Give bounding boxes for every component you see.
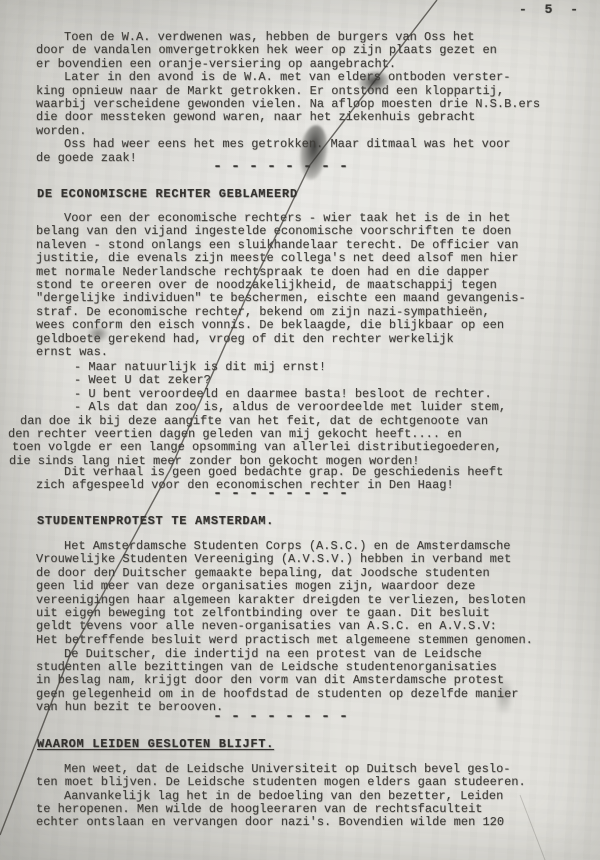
section-separator: -------- (213, 485, 357, 498)
text-line: justitie, die evenals zijn meeste colleg… (36, 252, 581, 265)
text-line: Oss had weer eens het mes getrokken. Maa… (36, 138, 581, 151)
text-line: - Weet U dat zeker? (36, 374, 581, 387)
dialogue-lines: - Maar natuurlijk is dit mij ernst!- Wee… (36, 361, 581, 468)
paragraph: Het Amsterdamsche Studenten Corps (A.S.C… (36, 540, 581, 647)
text-line: De Duitscher, die indertijd na een prote… (36, 648, 581, 661)
text-line: Vrouwelijke Studenten Vereeniging (A.V.S… (36, 553, 581, 566)
paragraph: De Duitscher, die indertijd na een prote… (36, 648, 581, 715)
text-line: Aanvankelijk lag het in de bedoeling van… (36, 790, 581, 803)
paragraph: Toen de W.A. verdwenen was, hebben de bu… (36, 31, 581, 71)
section-heading: STUDENTENPROTEST TE AMSTERDAM. (37, 514, 582, 528)
section-heading: WAAROM LEIDEN GESLOTEN BLIJFT. (37, 737, 582, 751)
text-line: belang van den vijand ingestelde economi… (36, 225, 581, 238)
text-line: ten moet blijven. De Leidsche studenten … (36, 776, 581, 789)
page-number: - 5 - (519, 2, 583, 17)
section-separator: -------- (213, 708, 357, 721)
paragraph: Men weet, dat de Leidsche Universiteit o… (36, 763, 581, 790)
scanned-document-page: - 5 - Toen de W.A. verdwenen was, hebben… (0, 0, 600, 860)
text-line: echter ontslaan en vervangen door nazi's… (36, 816, 581, 829)
paragraph: Later in den avond is de W.A. met van el… (36, 71, 581, 138)
text-line: geldt tevens voor alle neven-organisatie… (36, 620, 581, 633)
text-line: geldboete gerekend had, vroeg of dit den… (36, 333, 581, 346)
section-heading: DE ECONOMISCHE RECHTER GEBLAMEERD (37, 187, 582, 201)
text-line: king opnieuw naar de Markt getrokken. Er… (36, 85, 581, 98)
text-line: - Als dat dan zoo is, aldus de veroordee… (36, 401, 581, 414)
text-line: die door messteken gewond waren, naar he… (36, 111, 581, 124)
paragraph: Aanvankelijk lag het in de bedoeling van… (36, 790, 581, 830)
text-line: Later in den avond is de W.A. met van el… (36, 71, 581, 84)
section-separator: -------- (213, 158, 357, 171)
text-line: toen volgde er een lange opsomming van a… (12, 441, 581, 454)
text-line: door de vandalen omvergetrokken hek weer… (36, 44, 581, 57)
text-line: ernst was. (36, 346, 581, 359)
text-line: in beslag nam, krijgt door den vorm van … (36, 674, 581, 687)
text-line: "dergelijke individuen" te beschermen, e… (36, 292, 581, 305)
text-line: Dit verhaal is geen goed bedachte grap. … (36, 466, 581, 479)
text-line: geen lid meer van deze organisaties moge… (36, 580, 581, 593)
text-line: Het betreffende besluit werd practisch m… (36, 634, 581, 647)
text-line: wees conform den eisch vonnis. De beklaa… (36, 319, 581, 332)
paragraph: Voor een der economische rechters - wier… (36, 212, 581, 359)
